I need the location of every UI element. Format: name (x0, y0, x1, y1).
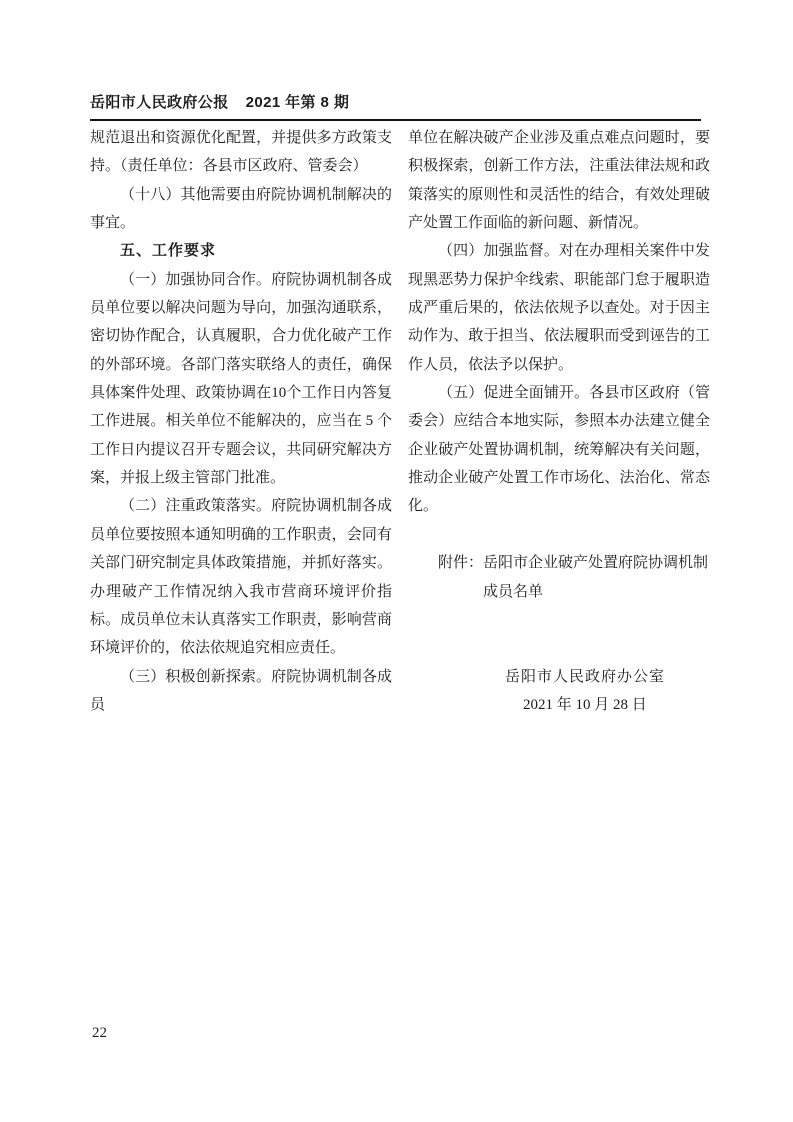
gazette-document-page: 岳阳市人民政府公报 2021 年第 8 期 规范退出和资源优化配置，并提供多方政… (0, 0, 793, 1122)
attachment-note-line2: 成员名单 (408, 578, 710, 606)
section-heading-work-requirements: 五、工作要求 (90, 237, 392, 265)
paragraph-item-1-cooperation: （一）加强协同合作。府院协调机制各成员单位要以解决问题为导向，加强沟通联系，密切… (90, 266, 392, 493)
issue-label: 2021 年第 8 期 (246, 91, 350, 112)
paragraph-innovation-continuation: 单位在解决破产企业涉及重点难点问题时，要积极探索，创新工作方法，注重法律法规和政… (408, 124, 710, 237)
paragraph-item-4-supervision: （四）加强监督。对在办理相关案件中发现黑恶势力保护伞线索、职能部门怠于履职造成严… (408, 237, 710, 379)
right-text-column: 单位在解决破产企业涉及重点难点问题时，要积极探索，创新工作方法，注重法律法规和政… (408, 124, 710, 719)
left-text-column: 规范退出和资源优化配置，并提供多方政策支持。（责任单位：各县市区政府、管委会） … (90, 124, 392, 719)
issuing-office-signature: 岳阳市人民政府办公室 (408, 663, 710, 691)
paragraph-continuation: 规范退出和资源优化配置，并提供多方政策支持。（责任单位：各县市区政府、管委会） (90, 124, 392, 181)
page-number: 22 (92, 1023, 107, 1043)
issue-date: 2021 年 10 月 28 日 (408, 691, 710, 719)
paragraph-item-18: （十八）其他需要由府院协调机制解决的事宜。 (90, 181, 392, 238)
publication-title: 岳阳市人民政府公报 (90, 91, 229, 112)
attachment-note-line1: 附件：岳阳市企业破产处置府院协调机制 (408, 549, 710, 577)
paragraph-item-3-innovation-start: （三）积极创新探索。府院协调机制各成员 (90, 663, 392, 720)
paragraph-item-2-policy: （二）注重政策落实。府院协调机制各成员单位要按照本通知明确的工作职责，会同有关部… (90, 492, 392, 662)
attachment-note: 附件：岳阳市企业破产处置府院协调机制 成员名单 (408, 549, 710, 606)
paragraph-item-5-rollout: （五）促进全面铺开。各县市区政府（管委会）应结合本地实际，参照本办法建立健全企业… (408, 379, 710, 521)
running-header: 岳阳市人民政府公报 2021 年第 8 期 (90, 91, 701, 121)
